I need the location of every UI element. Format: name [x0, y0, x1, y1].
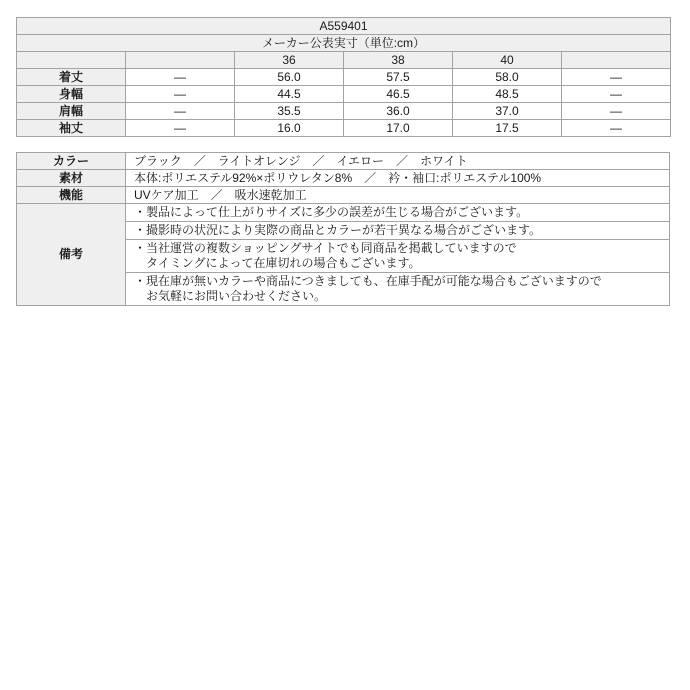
spec-label-color: カラー: [17, 153, 126, 170]
size-value-cell: —: [562, 120, 671, 137]
size-value-cell: 46.5: [344, 86, 453, 103]
size-table: A559401 メーカー公表実寸（単位:cm） 36 38 40 着丈 — 56…: [16, 17, 671, 137]
page: A559401 メーカー公表実寸（単位:cm） 36 38 40 着丈 — 56…: [0, 0, 690, 306]
note-line: ・撮影時の状況により実際の商品とカラーが若干異なる場合がございます。: [134, 223, 663, 238]
size-table-subtitle-row: メーカー公表実寸（単位:cm）: [17, 35, 671, 52]
spec-value-color: ブラック ／ ライトオレンジ ／ イエロー ／ ホワイト: [126, 153, 670, 170]
size-col-header: 36: [235, 52, 344, 69]
note-line: ・製品によって仕上がりサイズに多少の誤差が生じる場合がございます。: [134, 205, 663, 220]
size-value-cell: 58.0: [453, 69, 562, 86]
notes-label: 備考: [17, 204, 126, 306]
size-value-cell: 17.5: [453, 120, 562, 137]
spec-value-function: UVケア加工 ／ 吸水速乾加工: [126, 187, 670, 204]
size-table-subtitle: メーカー公表実寸（単位:cm）: [17, 35, 671, 52]
size-row-label: 着丈: [17, 69, 126, 86]
size-row-sleeve-length: 袖丈 — 16.0 17.0 17.5 —: [17, 120, 671, 137]
size-col-header: [562, 52, 671, 69]
size-col-header: [126, 52, 235, 69]
note-item: ・製品によって仕上がりサイズに多少の誤差が生じる場合がございます。: [126, 204, 670, 222]
size-value-cell: —: [126, 69, 235, 86]
size-value-cell: —: [126, 103, 235, 120]
spec-value-material: 本体:ポリエステル92%×ポリウレタン8% ／ 衿・袖口:ポリエステル100%: [126, 170, 670, 187]
size-row-label: 袖丈: [17, 120, 126, 137]
spec-row-material: 素材 本体:ポリエステル92%×ポリウレタン8% ／ 衿・袖口:ポリエステル10…: [17, 170, 670, 187]
note-item: ・現在庫が無いカラーや商品につきましても、在庫手配が可能な場合もございますので …: [126, 273, 670, 306]
size-col-header: [17, 52, 126, 69]
size-value-cell: 56.0: [235, 69, 344, 86]
size-row-label: 肩幅: [17, 103, 126, 120]
size-value-cell: 57.5: [344, 69, 453, 86]
size-row-length: 着丈 — 56.0 57.5 58.0 —: [17, 69, 671, 86]
size-value-cell: 35.5: [235, 103, 344, 120]
size-value-cell: —: [562, 103, 671, 120]
size-value-cell: 16.0: [235, 120, 344, 137]
note-continuation-line: タイミングによって在庫切れの場合もございます。: [134, 256, 663, 271]
size-value-cell: 48.5: [453, 86, 562, 103]
size-row-label: 身幅: [17, 86, 126, 103]
size-value-cell: 17.0: [344, 120, 453, 137]
size-value-cell: —: [126, 120, 235, 137]
size-value-cell: —: [126, 86, 235, 103]
note-item: ・当社運営の複数ショッピングサイトでも同商品を掲載していますので タイミングによ…: [126, 240, 670, 273]
size-value-cell: 36.0: [344, 103, 453, 120]
size-row-body-width: 身幅 — 44.5 46.5 48.5 —: [17, 86, 671, 103]
note-item: ・撮影時の状況により実際の商品とカラーが若干異なる場合がございます。: [126, 222, 670, 240]
note-line: ・当社運営の複数ショッピングサイトでも同商品を掲載していますので: [134, 241, 663, 256]
size-col-header: 40: [453, 52, 562, 69]
spec-table: カラー ブラック ／ ライトオレンジ ／ イエロー ／ ホワイト 素材 本体:ポ…: [16, 152, 670, 306]
size-row-shoulder-width: 肩幅 — 35.5 36.0 37.0 —: [17, 103, 671, 120]
size-col-header: 38: [344, 52, 453, 69]
size-value-cell: 37.0: [453, 103, 562, 120]
spec-row-color: カラー ブラック ／ ライトオレンジ ／ イエロー ／ ホワイト: [17, 153, 670, 170]
product-code: A559401: [17, 18, 671, 35]
spec-label-material: 素材: [17, 170, 126, 187]
size-value-cell: —: [562, 86, 671, 103]
notes-row-1: 備考 ・製品によって仕上がりサイズに多少の誤差が生じる場合がございます。: [17, 204, 670, 222]
size-value-cell: —: [562, 69, 671, 86]
note-line: ・現在庫が無いカラーや商品につきましても、在庫手配が可能な場合もございますので: [134, 274, 663, 289]
product-code-row: A559401: [17, 18, 671, 35]
size-column-header-row: 36 38 40: [17, 52, 671, 69]
spec-label-function: 機能: [17, 187, 126, 204]
note-continuation-line: お気軽にお問い合わせください。: [134, 289, 663, 304]
spec-row-function: 機能 UVケア加工 ／ 吸水速乾加工: [17, 187, 670, 204]
size-value-cell: 44.5: [235, 86, 344, 103]
